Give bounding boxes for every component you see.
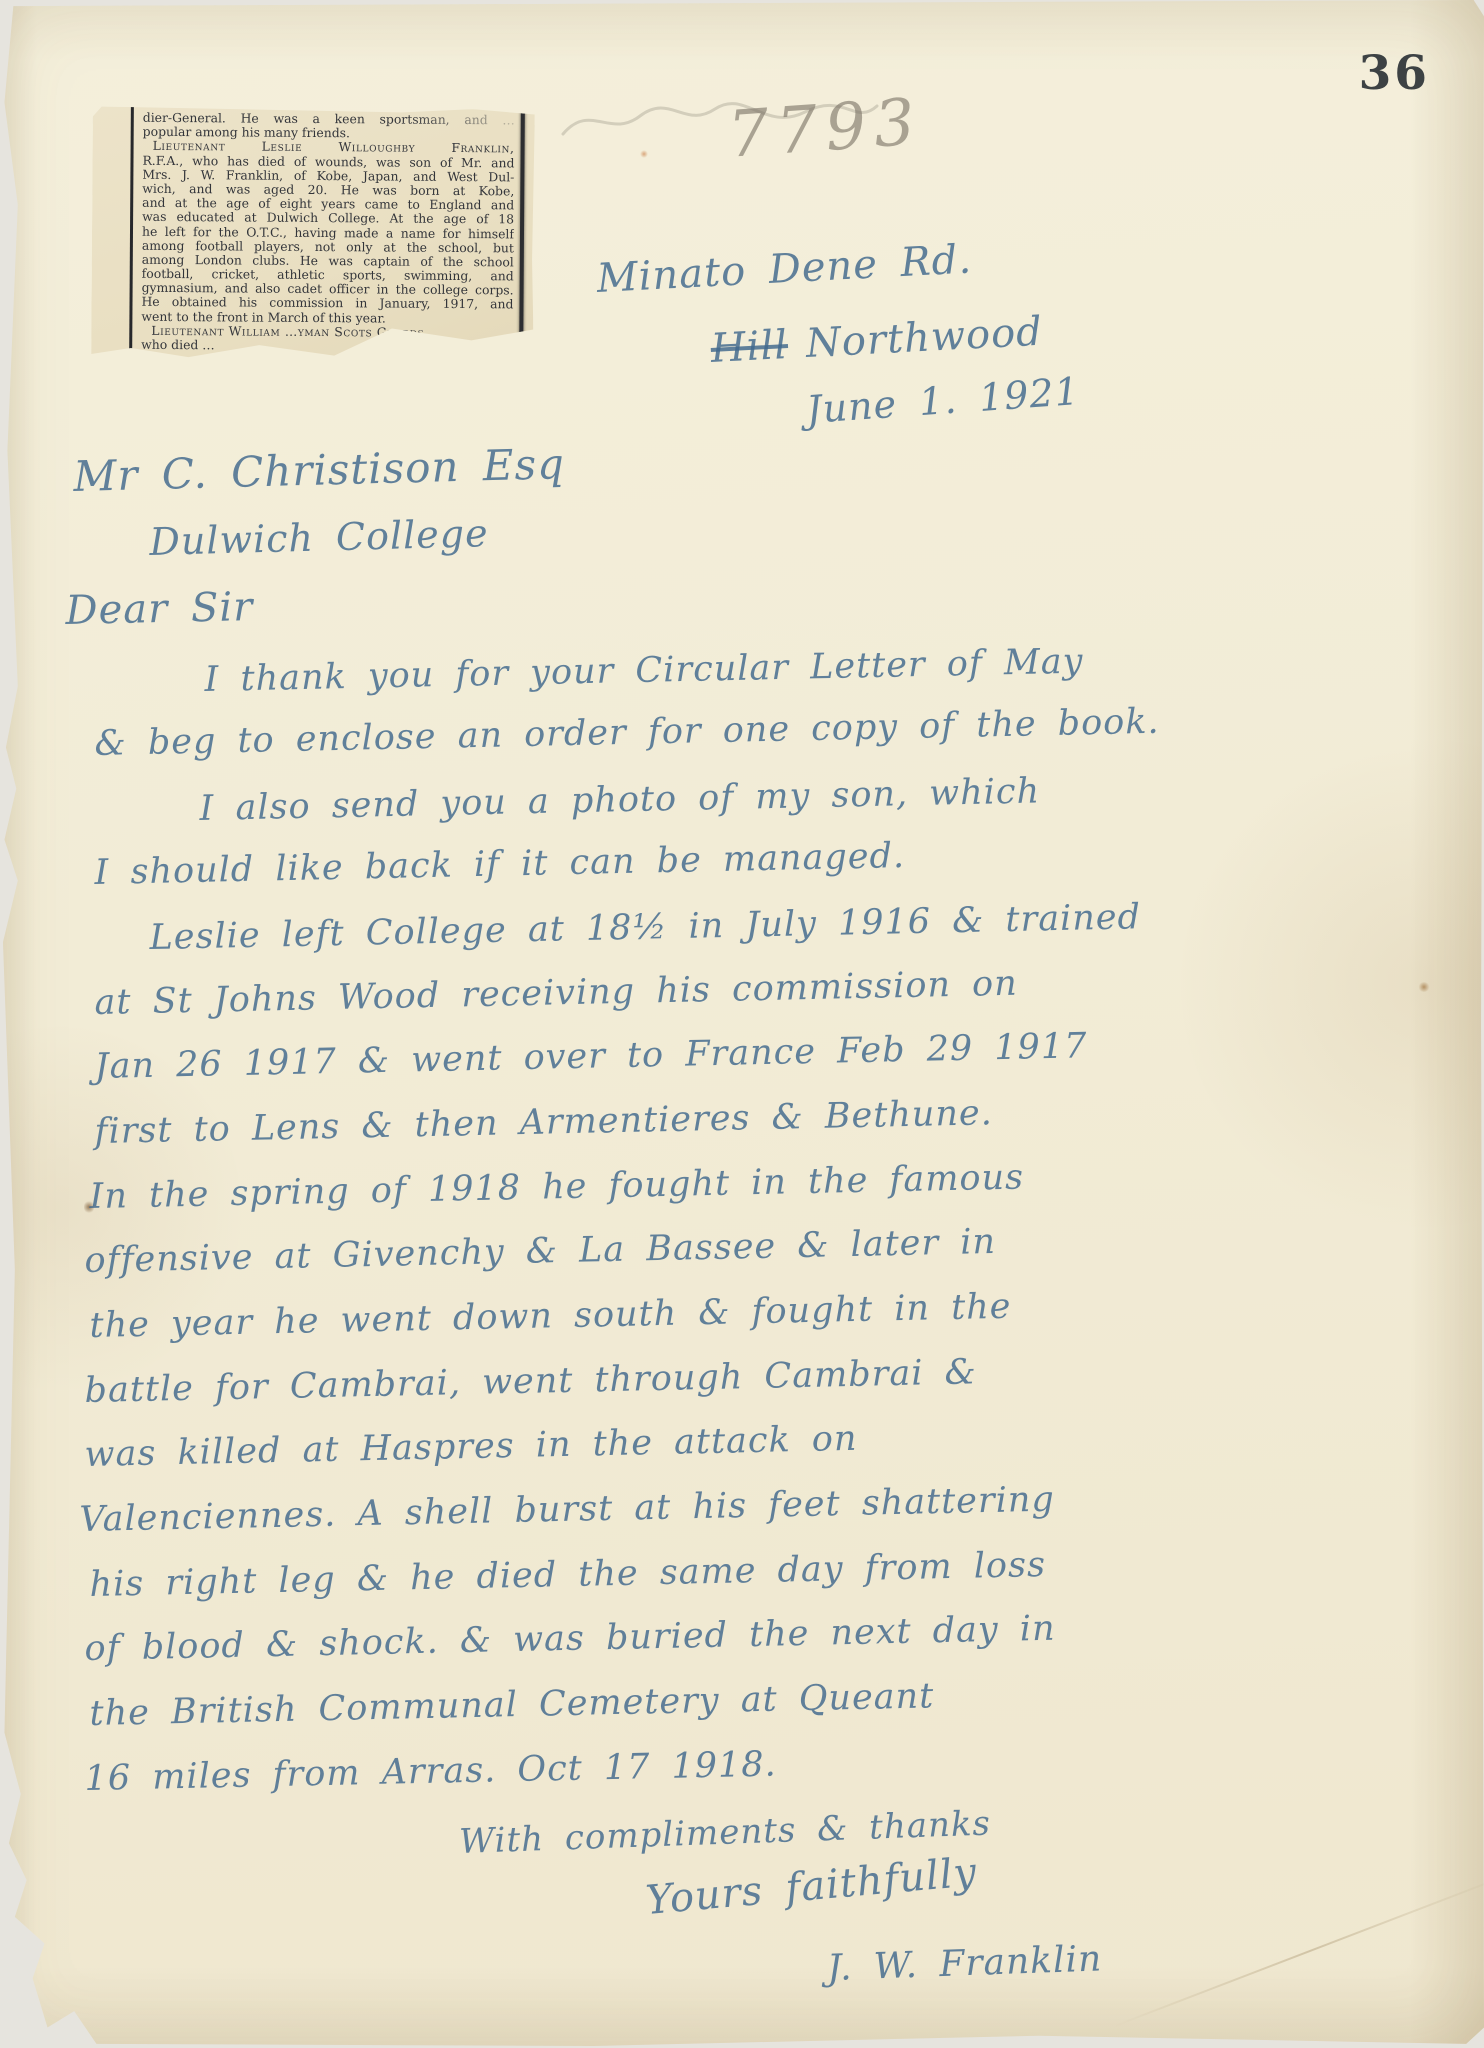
- recipient-institution: Dulwich College: [149, 511, 489, 564]
- news-clipping: dier-General. He was a keen sportsman, a…: [91, 106, 535, 359]
- clipping-text-column: dier-General. He was a keen sportsman, a…: [141, 111, 515, 355]
- scanned-letter-page: 36 7793 dier-General. He was a keen spor…: [0, 0, 1484, 2048]
- stain: [1418, 982, 1430, 992]
- clipping-column-rule: [519, 109, 525, 359]
- page-number: 36: [1359, 46, 1430, 101]
- crossed-out-word: Hill: [710, 322, 790, 372]
- salutation: Dear Sir: [65, 584, 254, 634]
- clipping-column-rule: [129, 107, 134, 357]
- archive-number-pencil: 7793: [726, 85, 926, 172]
- clipping-line: dier-General. He was a keen sportsman, a…: [143, 111, 515, 128]
